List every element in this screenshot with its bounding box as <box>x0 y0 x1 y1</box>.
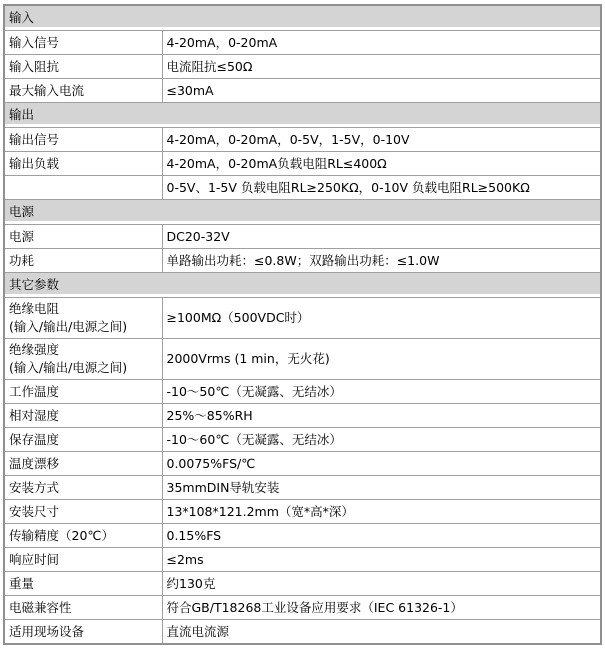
param-name-cell: 温度漂移 <box>4 452 162 476</box>
param-value-cell: DC20-32V <box>162 225 601 249</box>
param-value-cell: 25%～85%RH <box>162 404 601 428</box>
param-name-cell: 适用现场设备 <box>4 620 162 645</box>
param-name-cell: 电源 <box>4 225 162 249</box>
spec-row: 功耗单路输出功耗：≤0.8W；双路输出功耗：≤1.0W <box>4 249 601 273</box>
section-title: 其它参数 <box>4 273 601 298</box>
param-name-cell: 安装方式 <box>4 476 162 500</box>
param-value-cell: ≤2ms <box>162 548 601 572</box>
param-name-cell: 绝缘电阻 (输入/输出/电源之间) <box>4 298 162 339</box>
spec-row: 0-5V、1-5V 负载电阻RL≥250KΩ，0-10V 负载电阻RL≥500K… <box>4 176 601 200</box>
param-value-cell: 2000Vrms (1 min，无火花) <box>162 339 601 380</box>
param-name-cell: 安装尺寸 <box>4 500 162 524</box>
param-value-cell: 35mmDIN导轨安装 <box>162 476 601 500</box>
section-title: 输入 <box>4 5 601 31</box>
spec-row: 最大输入电流≤30mA <box>4 79 601 103</box>
spec-row: 电磁兼容性符合GB/T18268工业设备应用要求（IEC 61326-1） <box>4 596 601 620</box>
spec-row: 温度漂移0.0075%FS/℃ <box>4 452 601 476</box>
section-header-row: 电源 <box>4 200 601 225</box>
param-name-cell: 电磁兼容性 <box>4 596 162 620</box>
param-value-cell: 符合GB/T18268工业设备应用要求（IEC 61326-1） <box>162 596 601 620</box>
spec-row: 保存温度-10～60℃（无凝露、无结冰） <box>4 428 601 452</box>
param-name-cell: 绝缘强度 (输入/输出/电源之间) <box>4 339 162 380</box>
param-value-cell: 4-20mA，0-20mA负载电阻RL≤400Ω <box>162 152 601 176</box>
param-name-cell: 传输精度（20℃） <box>4 524 162 548</box>
param-value-cell: 直流电流源 <box>162 620 601 645</box>
param-name-cell: 相对湿度 <box>4 404 162 428</box>
section-title: 输出 <box>4 103 601 128</box>
spec-table-body: 输入输入信号4-20mA，0-20mA输入阻抗电流阻抗≤50Ω最大输入电流≤30… <box>4 5 601 644</box>
param-value-cell: 单路输出功耗：≤0.8W；双路输出功耗：≤1.0W <box>162 249 601 273</box>
param-name-cell: 重量 <box>4 572 162 596</box>
spec-row: 绝缘强度 (输入/输出/电源之间)2000Vrms (1 min，无火花) <box>4 339 601 380</box>
param-name-cell: 工作温度 <box>4 380 162 404</box>
param-value-cell: -10～60℃（无凝露、无结冰） <box>162 428 601 452</box>
param-value-cell: 0-5V、1-5V 负载电阻RL≥250KΩ，0-10V 负载电阻RL≥500K… <box>162 176 601 200</box>
param-value-cell: 电流阻抗≤50Ω <box>162 55 601 79</box>
param-name-cell <box>4 176 162 200</box>
spec-row: 相对湿度25%～85%RH <box>4 404 601 428</box>
param-name-cell: 输入信号 <box>4 31 162 55</box>
spec-row: 绝缘电阻 (输入/输出/电源之间)≥100MΩ（500VDC时） <box>4 298 601 339</box>
spec-sheet-page: 输入输入信号4-20mA，0-20mA输入阻抗电流阻抗≤50Ω最大输入电流≤30… <box>0 0 605 651</box>
param-name-cell: 输入阻抗 <box>4 55 162 79</box>
param-name-cell: 最大输入电流 <box>4 79 162 103</box>
spec-table: 输入输入信号4-20mA，0-20mA输入阻抗电流阻抗≤50Ω最大输入电流≤30… <box>3 4 602 645</box>
param-name-cell: 输出信号 <box>4 128 162 152</box>
section-header-row: 输出 <box>4 103 601 128</box>
param-value-cell: 4-20mA，0-20mA <box>162 31 601 55</box>
spec-row: 输出信号4-20mA，0-20mA，0-5V，1-5V，0-10V <box>4 128 601 152</box>
section-title: 电源 <box>4 200 601 225</box>
spec-row: 重量约130克 <box>4 572 601 596</box>
spec-row: 适用现场设备直流电流源 <box>4 620 601 645</box>
param-value-cell: 4-20mA，0-20mA，0-5V，1-5V，0-10V <box>162 128 601 152</box>
spec-row: 输入阻抗电流阻抗≤50Ω <box>4 55 601 79</box>
param-value-cell: 13*108*121.2mm（宽*高*深） <box>162 500 601 524</box>
param-name-cell: 输出负载 <box>4 152 162 176</box>
param-value-cell: ≥100MΩ（500VDC时） <box>162 298 601 339</box>
param-name-cell: 响应时间 <box>4 548 162 572</box>
param-value-cell: 0.0075%FS/℃ <box>162 452 601 476</box>
param-name-cell: 保存温度 <box>4 428 162 452</box>
param-value-cell: 0.15%FS <box>162 524 601 548</box>
spec-row: 输出负载4-20mA，0-20mA负载电阻RL≤400Ω <box>4 152 601 176</box>
spec-row: 安装尺寸13*108*121.2mm（宽*高*深） <box>4 500 601 524</box>
spec-row: 响应时间≤2ms <box>4 548 601 572</box>
param-name-cell: 功耗 <box>4 249 162 273</box>
spec-row: 输入信号4-20mA，0-20mA <box>4 31 601 55</box>
param-value-cell: ≤30mA <box>162 79 601 103</box>
spec-row: 电源DC20-32V <box>4 225 601 249</box>
spec-row: 安装方式35mmDIN导轨安装 <box>4 476 601 500</box>
param-value-cell: 约130克 <box>162 572 601 596</box>
param-value-cell: -10～50℃（无凝露、无结冰） <box>162 380 601 404</box>
spec-row: 传输精度（20℃）0.15%FS <box>4 524 601 548</box>
section-header-row: 输入 <box>4 5 601 31</box>
section-header-row: 其它参数 <box>4 273 601 298</box>
spec-row: 工作温度-10～50℃（无凝露、无结冰） <box>4 380 601 404</box>
